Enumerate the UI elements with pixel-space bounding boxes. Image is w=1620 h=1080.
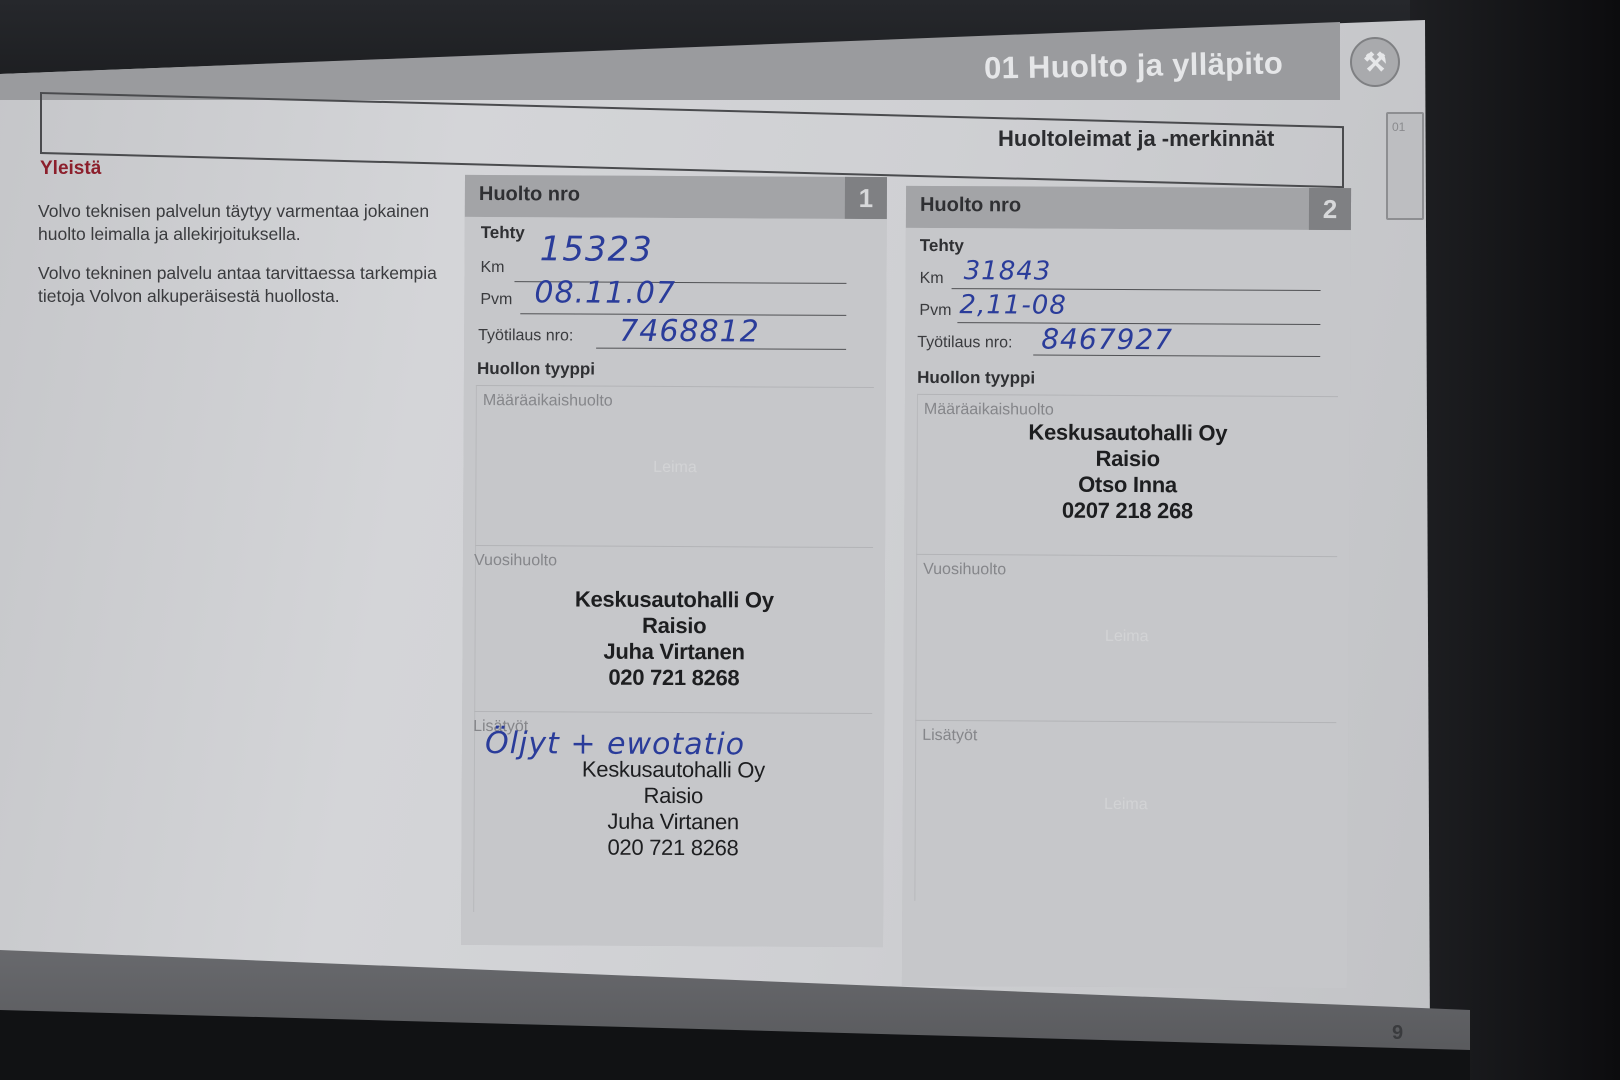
done-label: Tehty xyxy=(481,223,525,243)
stamp-technician: Juha Virtanen xyxy=(475,808,872,836)
card-header-label: Huolto nro xyxy=(479,183,580,207)
km-label: Km xyxy=(920,270,944,288)
section-additional-work: Lisätyöt Leima xyxy=(914,720,1336,903)
card-header-label: Huolto nro xyxy=(920,194,1021,218)
section-title: Huoltoleimat ja -merkinnät xyxy=(998,126,1274,152)
section-scheduled-service: Määräaikaishuolto Leima xyxy=(475,385,874,548)
service-card-2: Huolto nro 2 Tehty Km 31843 Pvm 2,11-08 … xyxy=(902,186,1351,988)
page-number: 9 xyxy=(1392,1022,1403,1045)
intro-paragraph: Volvo tekninen palvelu antaa tarvittaess… xyxy=(38,262,448,308)
stamp-city: Raisio xyxy=(918,445,1338,473)
section-scheduled-service: Määräaikaishuolto Keskusautohalli Oy Rai… xyxy=(916,394,1338,557)
card-header: Huolto nro 1 xyxy=(465,175,887,219)
km-label: Km xyxy=(480,259,504,277)
dealer-stamp: Keskusautohalli Oy Raisio Juha Virtanen … xyxy=(475,586,873,692)
stamp-company: Keskusautohalli Oy xyxy=(918,419,1338,447)
background-right xyxy=(1410,0,1620,1080)
section-label: Määräaikaishuolto xyxy=(483,392,613,411)
order-value[interactable]: 8467927 xyxy=(1041,323,1173,357)
stamp-company: Keskusautohalli Oy xyxy=(476,586,873,614)
section-annual-service: Vuosihuolto Keskusautohalli Oy Raisio Ju… xyxy=(474,545,873,714)
km-value[interactable]: 31843 xyxy=(964,256,1052,286)
section-label: Vuosihuolto xyxy=(923,561,1006,579)
card-number-badge: 2 xyxy=(1309,188,1351,230)
stamp-technician: Juha Virtanen xyxy=(475,638,872,666)
service-type-label: Huollon tyyppi xyxy=(477,359,595,380)
section-annual-service: Vuosihuolto Leima xyxy=(915,554,1337,723)
card-header: Huolto nro 2 xyxy=(906,186,1351,230)
stamp-technician: Otso Inna xyxy=(917,471,1337,499)
order-label: Työtilaus nro: xyxy=(478,327,573,345)
stamp-placeholder: Leima xyxy=(917,627,1337,647)
section-additional-work: Lisätyöt Keskusautohalli Oy Raisio Juha … xyxy=(473,711,872,914)
stamp-city: Raisio xyxy=(476,612,873,640)
date-value[interactable]: 2,11-08 xyxy=(959,290,1067,321)
date-label: Pvm xyxy=(480,291,512,309)
date-value[interactable]: 08.11.07 xyxy=(534,275,676,311)
intro-heading: Yleistä xyxy=(40,158,101,180)
chapter-tab-label: 01 xyxy=(1392,120,1405,134)
section-label: Lisätyöt xyxy=(922,727,977,745)
dealer-stamp: Keskusautohalli Oy Raisio Juha Virtanen … xyxy=(474,756,872,862)
stamp-phone: 020 721 8268 xyxy=(474,834,871,862)
order-label: Työtilaus nro: xyxy=(917,334,1012,352)
card-number-badge: 1 xyxy=(845,177,887,219)
km-value[interactable]: 15323 xyxy=(540,229,653,270)
chapter-tab-marker: 01 xyxy=(1386,112,1424,220)
stamp-phone: 0207 218 268 xyxy=(917,497,1337,525)
section-label: Määräaikaishuolto xyxy=(924,401,1054,420)
service-card-1: Huolto nro 1 Tehty Km 15323 Pvm 08.11.07… xyxy=(461,175,887,947)
done-label: Tehty xyxy=(920,236,964,256)
dealer-stamp: Keskusautohalli Oy Raisio Otso Inna 0207… xyxy=(917,419,1338,525)
wrench-icon: ⚒ xyxy=(1350,37,1400,87)
handwritten-note[interactable]: Öljyt + ewotatio xyxy=(485,726,745,762)
date-label: Pvm xyxy=(919,302,951,320)
chapter-title: 01 Huolto ja ylläpito xyxy=(984,45,1284,86)
card-body: Tehty Km 15323 Pvm 08.11.07 Työtilaus nr… xyxy=(461,217,887,947)
card-body: Tehty Km 31843 Pvm 2,11-08 Työtilaus nro… xyxy=(902,228,1351,988)
stamp-phone: 020 721 8268 xyxy=(475,664,872,692)
stamp-city: Raisio xyxy=(475,782,872,810)
intro-paragraph: Volvo teknisen palvelun täytyy varmentaa… xyxy=(38,200,448,246)
section-label: Vuosihuolto xyxy=(474,552,557,570)
order-value[interactable]: 7468812 xyxy=(619,314,760,350)
stamp-placeholder: Leima xyxy=(916,795,1336,815)
stamp-placeholder: Leima xyxy=(476,458,873,478)
service-type-label: Huollon tyyppi xyxy=(917,368,1035,389)
